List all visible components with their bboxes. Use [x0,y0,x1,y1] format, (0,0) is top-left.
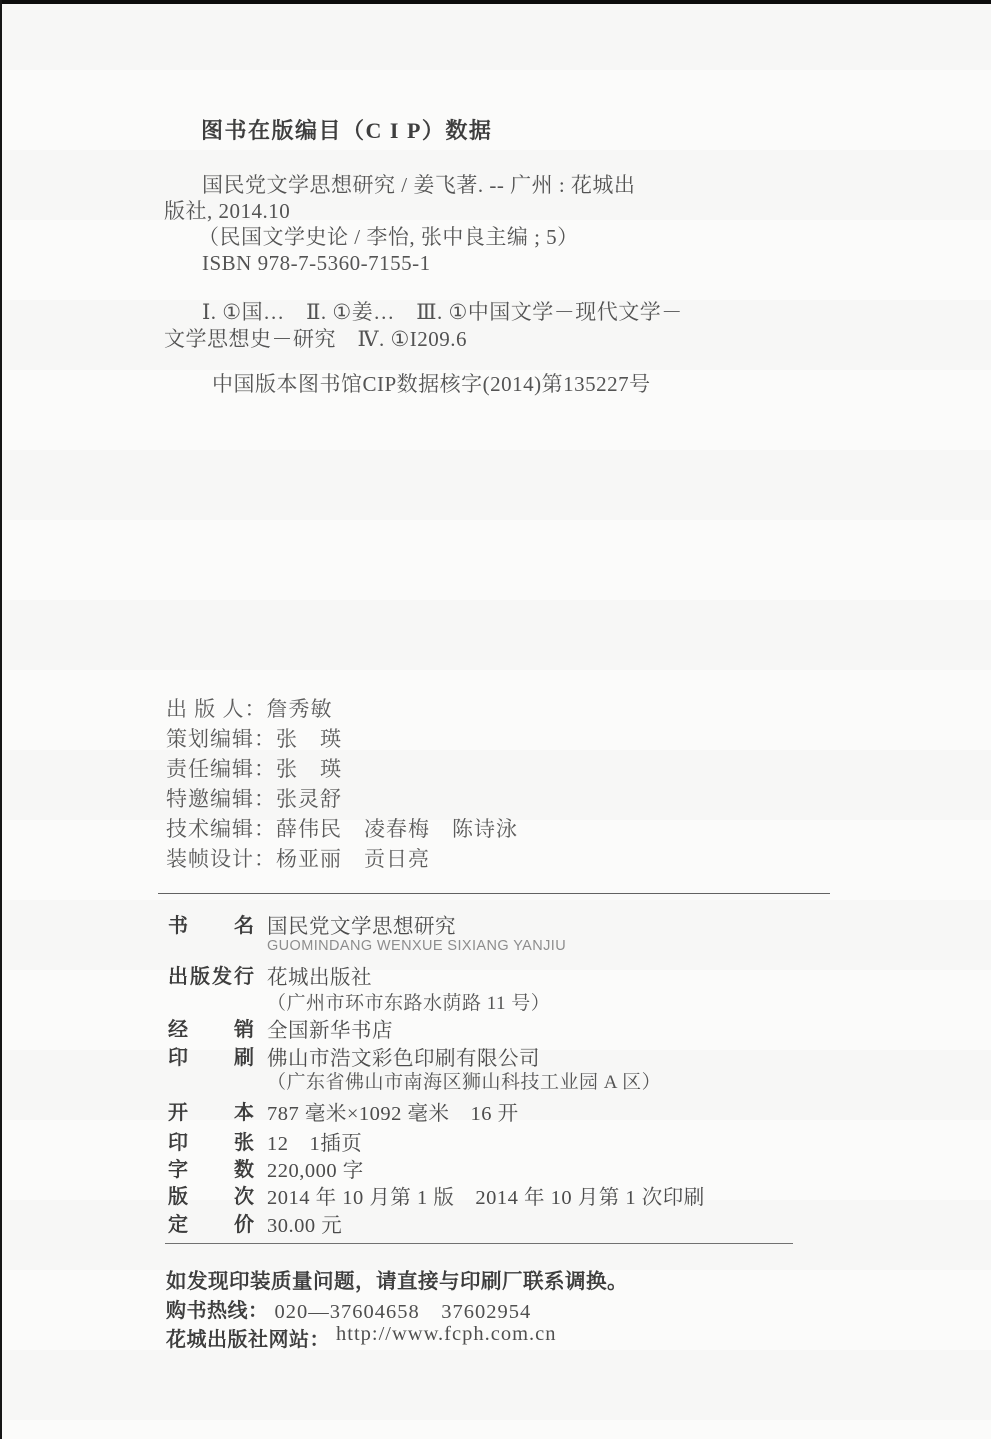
scan-edge-top [0,0,991,4]
cip-series-line: （民国文学史论 / 李怡, 张中良主编 ; 5） [164,224,635,250]
cip-classification-line1: Ⅰ. ①国… Ⅱ. ①姜… Ⅲ. ①中国文学－现代文学－ [164,299,683,326]
title-label: 书 名 [168,909,267,939]
colophon-row-sheets: 印 张 12 1插页 [168,1126,362,1156]
format-label: 开 本 [168,1096,267,1126]
cip-title-author-line: 国民党文学思想研究 / 姜飞著. -- 广州 : 花城出 [164,172,635,198]
colophon-row-format: 开 本 787 毫米×1092 毫米 16 开 [168,1096,519,1126]
words-value: 220,000 字 [267,1153,364,1183]
website-row: 花城出版社网站： http://www.fcph.com.cn [166,1323,557,1352]
colophon-row-distributor: 经 销 全国新华书店 [168,1013,393,1043]
distributor-label: 经 销 [168,1013,267,1043]
divider-bottom [165,1243,793,1244]
cip-record-number: 中国版本图书馆CIP数据核字(2014)第135227号 [212,368,651,398]
edition-value: 2014 年 10 月第 1 版 2014 年 10 月第 1 次印刷 [267,1180,705,1210]
staff-planning-editor-line: 策划编辑：张 瑛 [166,724,518,754]
website-url: http://www.fcph.com.cn [330,1323,557,1352]
staff-credits: 出 版 人：詹秀敏 策划编辑：张 瑛 责任编辑：张 瑛 特邀编辑：张灵舒 技术编… [166,694,518,874]
cip-isbn: ISBN 978-7-5360-7155-1 [164,250,635,276]
divider-top [158,893,830,894]
staff-responsible-editor-line: 责任编辑：张 瑛 [166,754,518,784]
staff-invited-editor-line: 特邀编辑：张灵舒 [166,784,518,814]
words-label: 字 数 [168,1153,267,1183]
title-value: 国民党文学思想研究 [267,909,456,939]
cip-header: 图书在版编目（C I P）数据 [201,114,492,145]
cip-description-block: 国民党文学思想研究 / 姜飞著. -- 广州 : 花城出 版社, 2014.10… [164,172,635,276]
price-value: 30.00 元 [267,1208,342,1238]
hotline-label: 购书热线： [166,1294,269,1324]
colophon-row-title: 书 名 国民党文学思想研究 [168,909,456,939]
quality-notice: 如发现印装质量问题，请直接与印刷厂联系调换。 [166,1264,628,1294]
sheets-value: 12 1插页 [267,1126,362,1156]
colophon-row-edition: 版 次 2014 年 10 月第 1 版 2014 年 10 月第 1 次印刷 [168,1180,705,1210]
scan-edge-left [0,0,2,1439]
hotline-row: 购书热线： 020—37604658 37602954 [166,1294,531,1324]
staff-publisher-line: 出 版 人：詹秀敏 [166,694,518,724]
colophon-row-price: 定 价 30.00 元 [168,1208,342,1238]
publisher-value: 花城出版社 [267,960,372,990]
sheets-label: 印 张 [168,1126,267,1156]
colophon-row-publisher: 出版发行 花城出版社 [168,960,372,990]
hotline-numbers: 020—37604658 37602954 [269,1294,532,1324]
website-label: 花城出版社网站： [166,1323,330,1352]
book-copyright-page: 图书在版编目（C I P）数据 国民党文学思想研究 / 姜飞著. -- 广州 :… [0,0,991,1439]
edition-label: 版 次 [168,1180,267,1210]
cip-title-author-line-cont: 版社, 2014.10 [164,198,635,224]
price-label: 定 价 [168,1208,267,1238]
staff-binding-design-line: 装帧设计：杨亚丽 贡日亮 [166,844,518,874]
distributor-value: 全国新华书店 [267,1013,393,1043]
cip-classification-block: Ⅰ. ①国… Ⅱ. ①姜… Ⅲ. ①中国文学－现代文学－ 文学思想史－研究 Ⅳ.… [164,299,683,353]
printer-label: 印 刷 [168,1041,267,1071]
colophon-row-words: 字 数 220,000 字 [168,1153,364,1183]
publisher-label: 出版发行 [168,960,267,990]
staff-technical-editor-line: 技术编辑：薛伟民 凌春梅 陈诗泳 [166,814,518,844]
publisher-address: （广州市环市东路水荫路 11 号） [267,988,550,1015]
format-value: 787 毫米×1092 毫米 16 开 [267,1096,519,1126]
printer-address: （广东省佛山市南海区狮山科技工业园 A 区） [267,1067,661,1094]
title-pinyin: GUOMINDANG WENXUE SIXIANG YANJIU [267,938,566,954]
cip-classification-line2: 文学思想史－研究 Ⅳ. ①I209.6 [164,326,683,353]
